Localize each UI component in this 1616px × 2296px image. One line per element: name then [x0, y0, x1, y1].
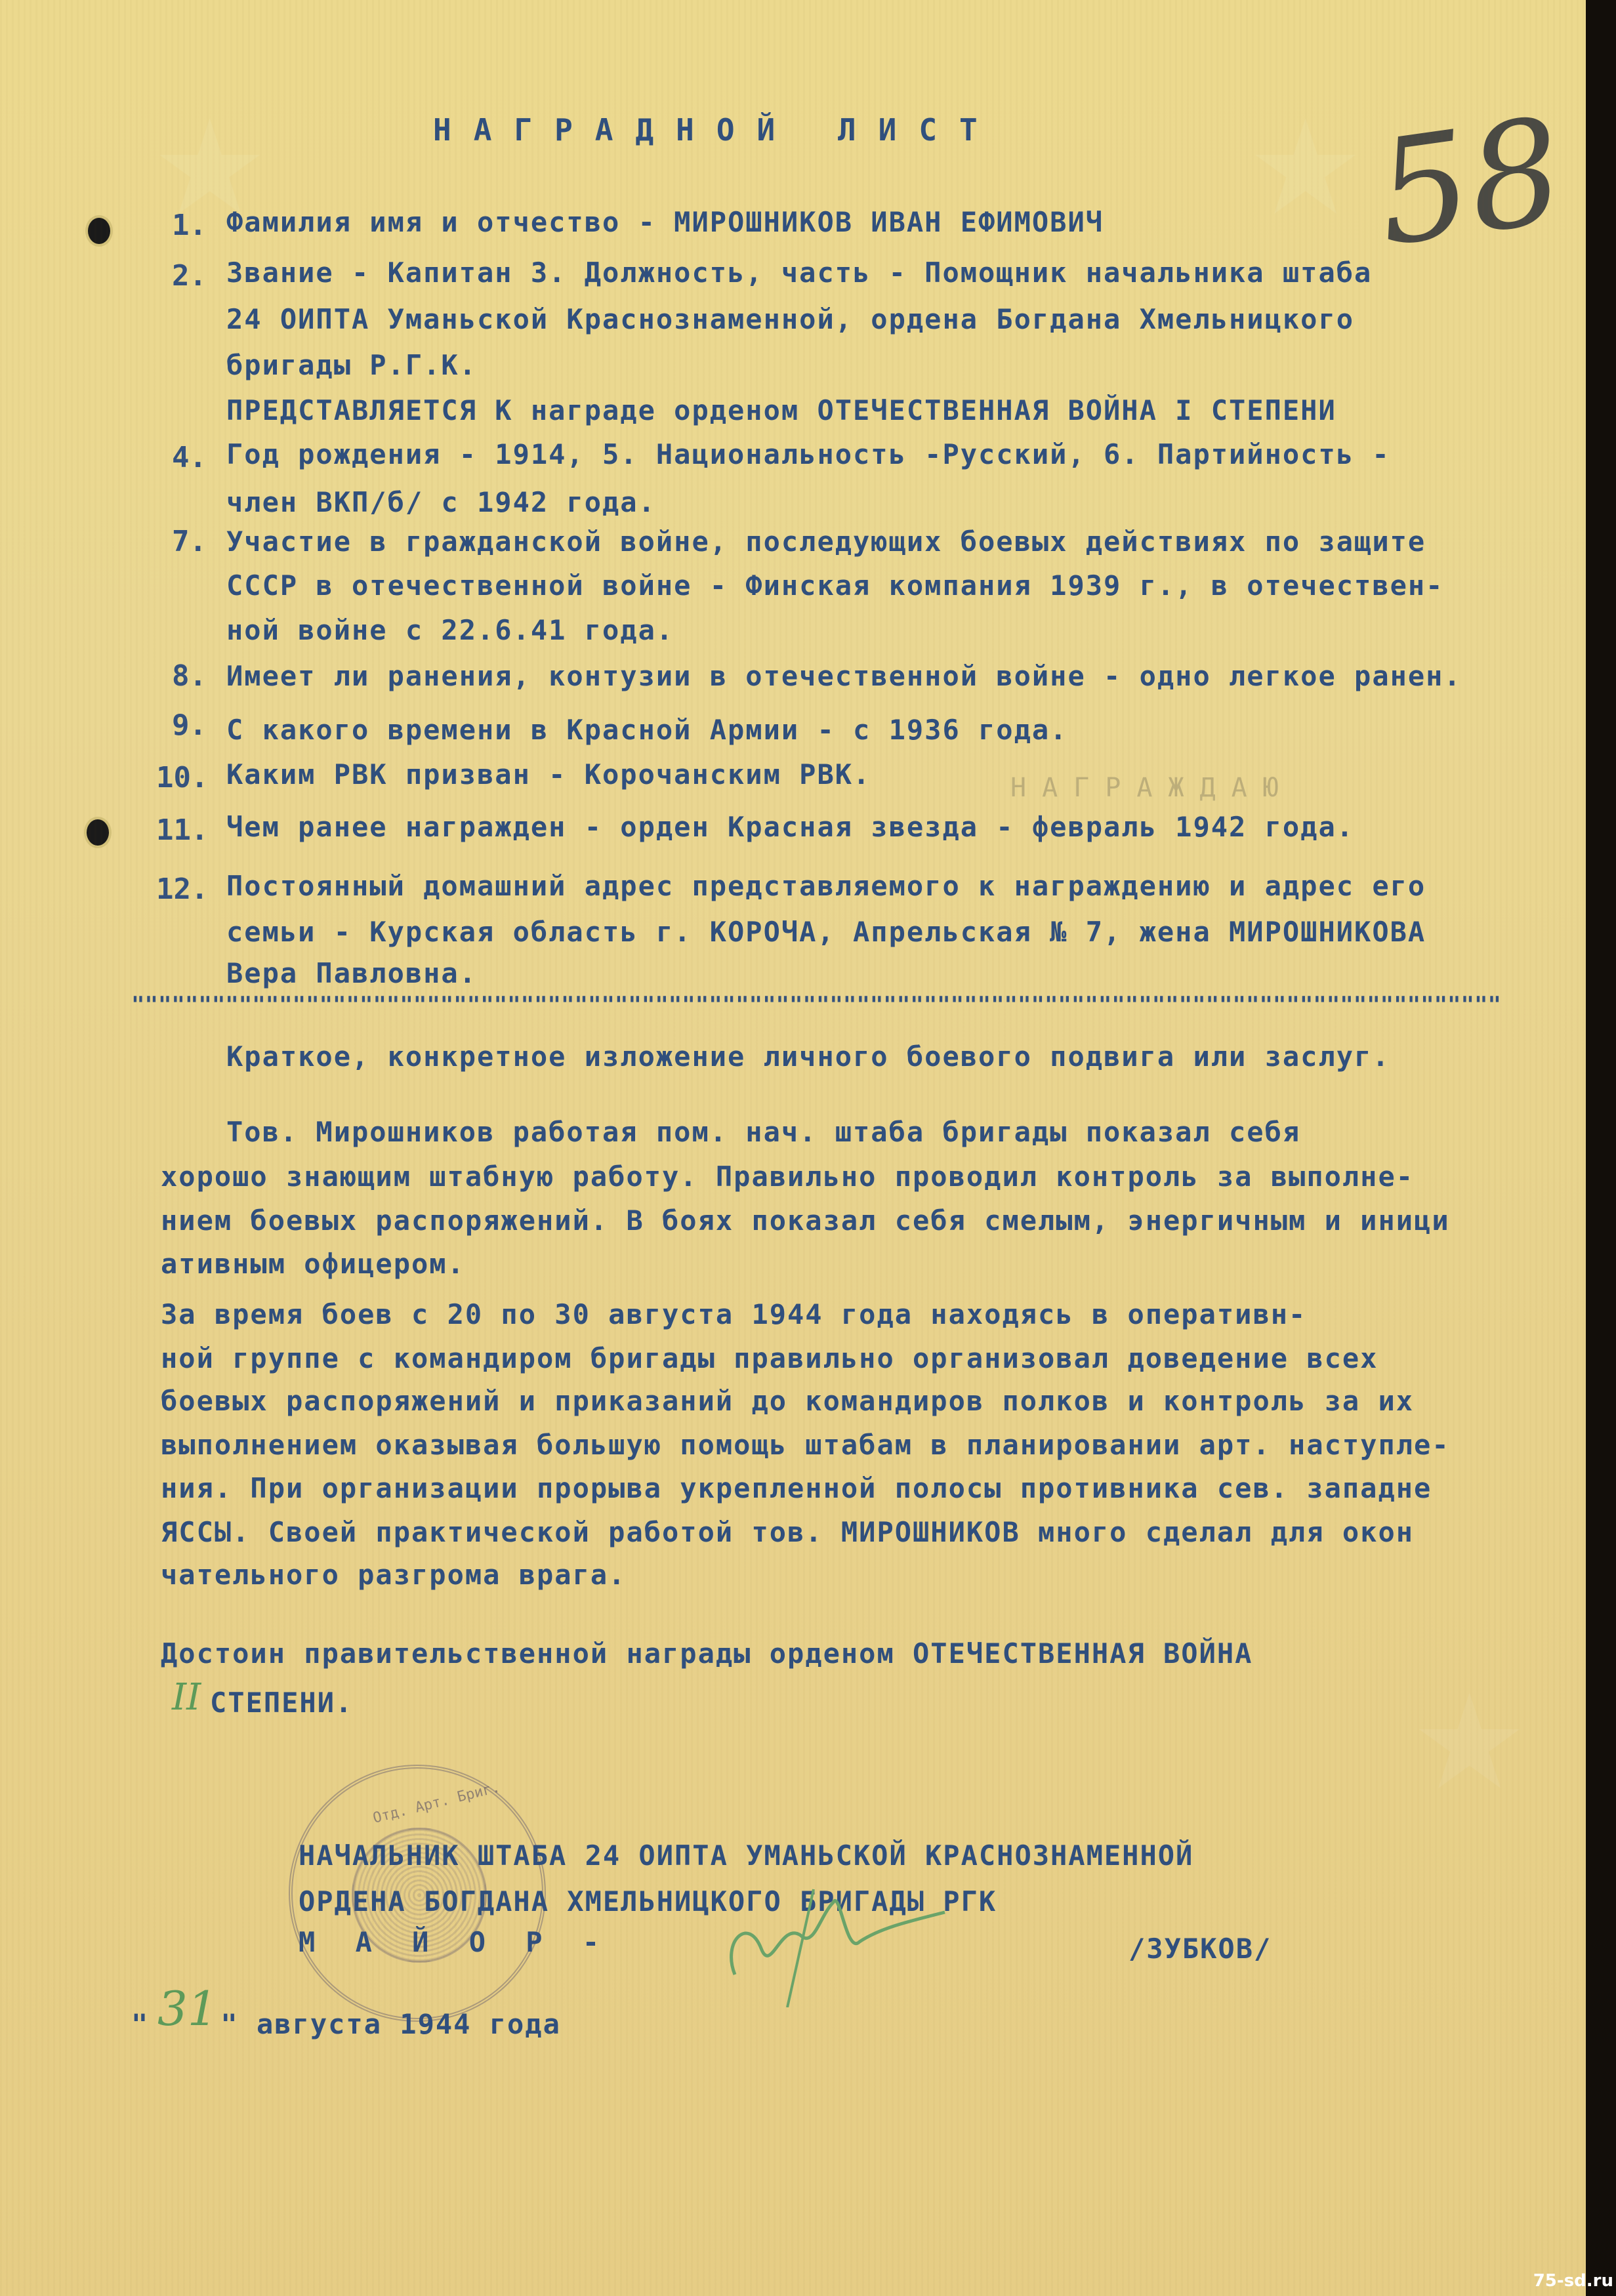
date-line: " " августа 1944 года: [131, 2011, 561, 2038]
seal-emblem-icon: [352, 1828, 487, 1963]
narrative-line: нием боевых распоряжений. В боях показал…: [161, 1207, 1450, 1235]
signatory-rank: М А Й О Р -: [299, 1929, 611, 1956]
narrative-line: чательного разгрома врага.: [161, 1561, 626, 1589]
round-seal-stamp: Отд. Арт. Бриг.: [289, 1765, 546, 2022]
handwritten-day: 31: [157, 1981, 218, 2036]
archive-number: 58: [1367, 87, 1573, 278]
award-sheet: ★ ★ ★ НАГРАДНОЙ ЛИСТ 58 1. Фамилия имя и…: [0, 0, 1588, 2296]
item-text: Участие в гражданской войне, последующих…: [226, 528, 1426, 556]
item-text: Фамилия имя и отчество - МИРОШНИКОВ ИВАН…: [226, 209, 1104, 236]
signer-name: /ЗУБКОВ/: [1129, 1935, 1272, 1963]
site-watermark: 75-sd.ru: [1533, 2271, 1613, 2291]
item-text: Звание - Капитан 3. Должность, часть - П…: [226, 259, 1372, 287]
item-text: 24 ОИПТА Уманьской Краснознаменной, орде…: [226, 306, 1354, 333]
item-text: бригады Р.Г.К.: [226, 352, 477, 379]
item-text: Постоянный домашний адрес представляемог…: [226, 872, 1426, 900]
item-number: 9.: [172, 708, 207, 742]
item-number: 8.: [172, 659, 207, 693]
handwritten-signature-icon: [709, 1876, 958, 2007]
narrative-line: хорошо знающим штабную работу. Правильно…: [161, 1163, 1414, 1191]
item-text: Чем ранее награжден - орден Красная звез…: [226, 813, 1354, 841]
conclusion-line: СТЕПЕНИ.: [210, 1689, 353, 1717]
item-text: ной войне с 22.6.41 года.: [226, 617, 674, 644]
item-text: СССР в отечественной войне - Финская ком…: [226, 572, 1443, 600]
item-number: 4.: [172, 441, 207, 474]
item-text: Год рождения - 1914, 5. Национальность -…: [226, 441, 1390, 468]
narrative-line: ативным офицером.: [161, 1250, 465, 1278]
item-number: 11.: [156, 813, 208, 847]
item-text: семьи - Курская область г. КОРОЧА, Апрел…: [226, 918, 1426, 946]
separator-line: """"""""""""""""""""""""""""""""""""""""…: [131, 992, 1581, 1018]
item-number: 2.: [172, 259, 207, 293]
narrative-line: выполнением оказывая большую помощь штаб…: [161, 1431, 1450, 1459]
item-number: 10.: [156, 761, 208, 794]
scan-edge: [1586, 0, 1616, 2296]
narrative-line: ЯССЫ. Своей практической работой тов. МИ…: [161, 1519, 1414, 1546]
faded-stamp: НАГРАЖДАЮ: [1010, 773, 1295, 803]
signatory-title: НАЧАЛЬНИК ШТАБА 24 ОИПТА УМАНЬСКОЙ КРАСН…: [299, 1842, 1193, 1870]
item-number: 12.: [156, 872, 208, 906]
item-text: Имеет ли ранения, контузии в отечественн…: [226, 663, 1462, 690]
award-proposal: ПРЕДСТАВЛЯЕТСЯ К награде орденом ОТЕЧЕСТ…: [226, 397, 1336, 424]
narrative-line: боевых распоряжений и приказаний до кома…: [161, 1387, 1414, 1415]
item-text: член ВКП/б/ с 1942 года.: [226, 489, 656, 516]
narrative-line: ной группе с командиром бригады правильн…: [161, 1345, 1378, 1372]
section-heading: Краткое, конкретное изложение личного бо…: [226, 1043, 1390, 1071]
item-text: С какого времени в Красной Армии - с 193…: [226, 716, 1067, 744]
handwritten-degree: II: [172, 1676, 201, 1719]
narrative-line: За время боев с 20 по 30 августа 1944 го…: [161, 1301, 1306, 1328]
conclusion-line: Достоин правительственной награды ордено…: [161, 1640, 1253, 1668]
seal-text: Отд. Арт. Бриг.: [371, 1779, 502, 1826]
item-number: 1.: [172, 209, 207, 242]
item-number: 7.: [172, 525, 207, 558]
item-text: Вера Павловна.: [226, 960, 477, 987]
narrative-line: ния. При организации прорыва укрепленной…: [161, 1475, 1432, 1502]
narrative-line: Тов. Мирошников работая пом. нач. штаба …: [226, 1118, 1300, 1146]
signatory-title: ОРДЕНА БОГДАНА ХМЕЛЬНИЦКОГО БРИГАДЫ РГК: [299, 1888, 997, 1916]
punch-hole-icon: [85, 215, 113, 247]
star-watermark-icon: ★: [1247, 92, 1364, 245]
item-text: Каким РВК призван - Корочанским РВК.: [226, 761, 871, 789]
star-watermark-icon: ★: [1411, 1666, 1528, 1819]
punch-hole-icon: [84, 817, 112, 848]
document-title: НАГРАДНОЙ ЛИСТ: [433, 115, 1000, 145]
star-watermark-icon: ★: [151, 92, 268, 245]
